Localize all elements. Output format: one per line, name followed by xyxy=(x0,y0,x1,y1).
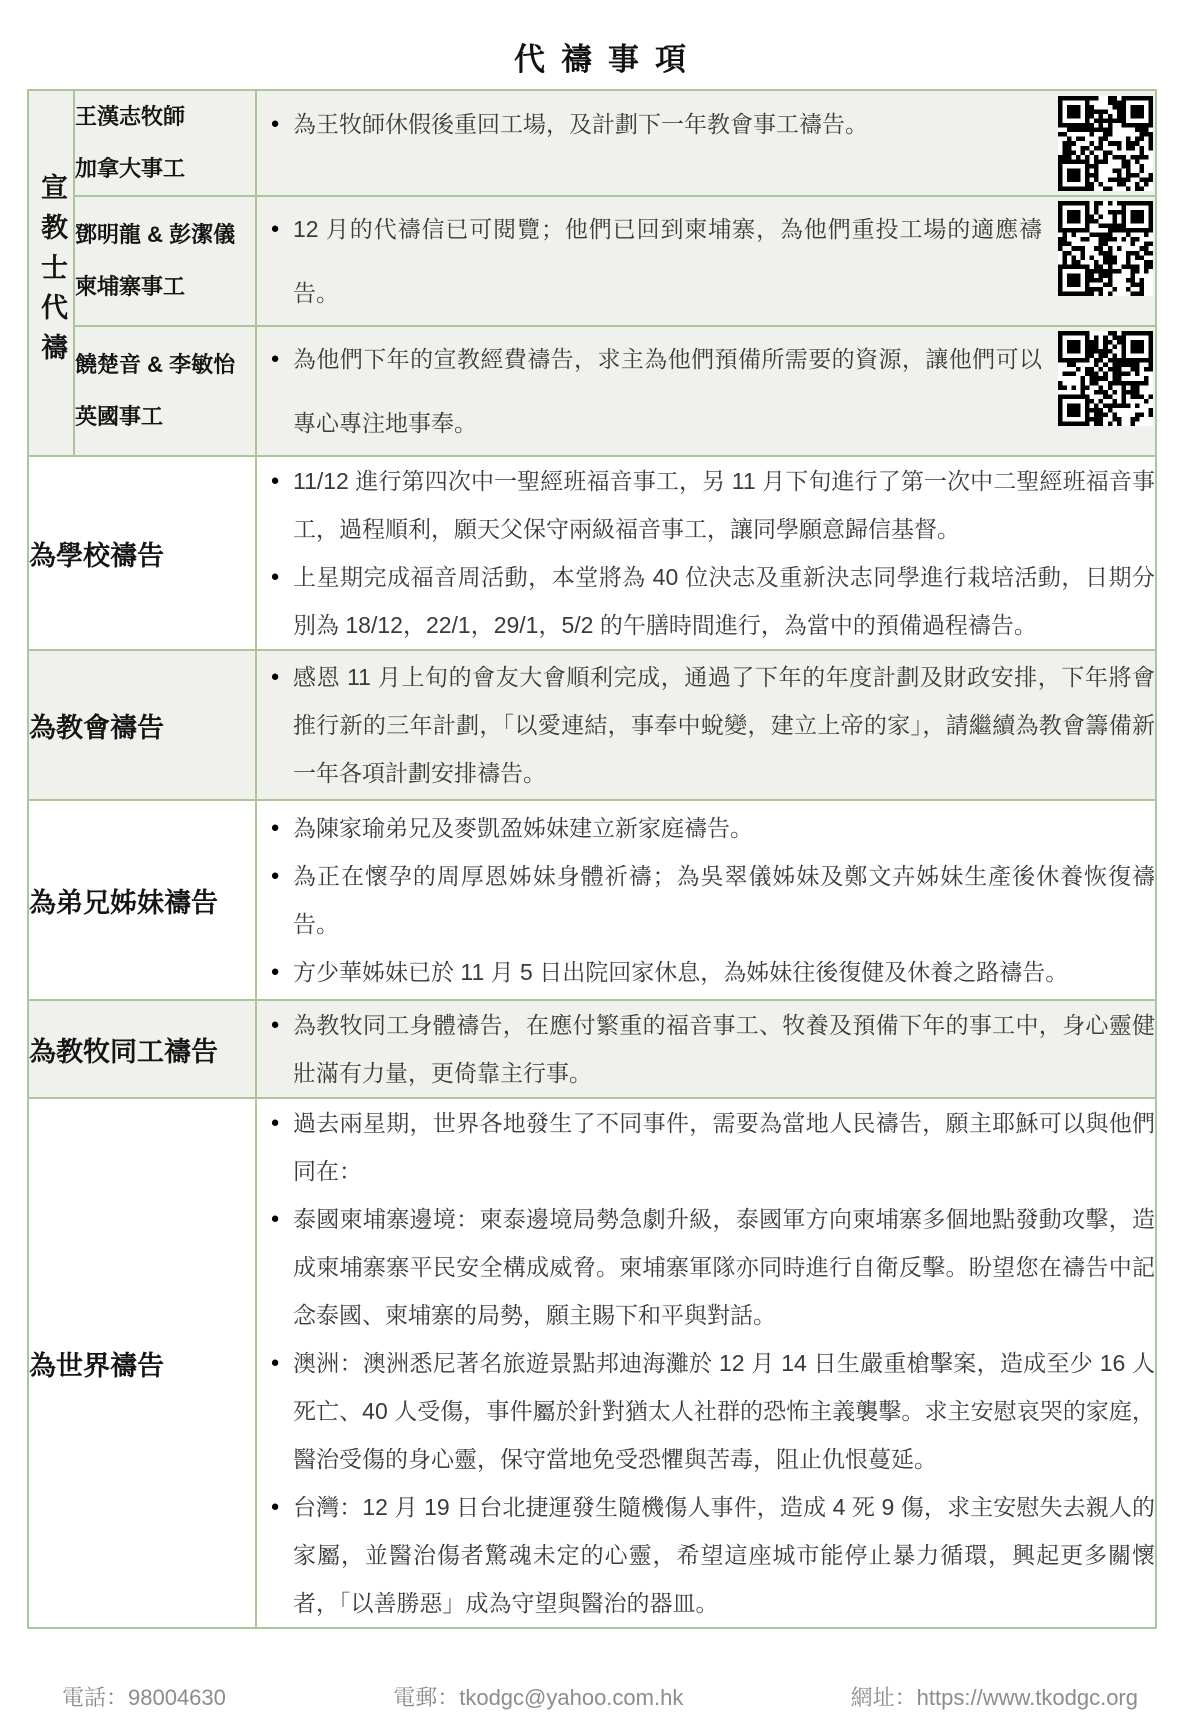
prayer-text: 11/12 進行第四次中一聖經班福音事工，另 11 月下旬進行了第一次中二聖經班… xyxy=(293,457,1155,553)
section-content-cell: ● 感恩 11 月上旬的會友大會順利完成，通過了下年的年度計劃及財政安排，下年將… xyxy=(256,650,1156,800)
prayer-text: 為教牧同工身體禱告，在應付繁重的福音事工、牧養及預備下年的事工中，身心靈健壯滿有… xyxy=(293,1001,1155,1097)
prayer-text: 泰國柬埔寨邊境：柬泰邊境局勢急劇升級，泰國軍方向柬埔寨多個地點發動攻擊，造成柬埔… xyxy=(293,1195,1155,1339)
bullet-icon: ● xyxy=(257,327,293,391)
section-content-cell: ● 過去兩星期，世界各地發生了不同事件，需要為當地人民禱告，願主耶穌可以與他們同… xyxy=(256,1098,1156,1628)
prayer-text: 為王牧師休假後重回工場，及計劃下一年教會事工禱告。 xyxy=(293,92,1042,156)
bullet-icon: ● xyxy=(257,1483,293,1531)
missionary-ministry: 柬埔寨事工 xyxy=(75,261,255,313)
missionary-content-cell: ● 為王牧師休假後重回工場，及計劃下一年教會事工禱告。 xyxy=(256,90,1156,196)
bullet-icon: ● xyxy=(257,852,293,900)
missionary-ministry: 加拿大事工 xyxy=(75,143,255,195)
section-header-world: 為世界禱告 xyxy=(28,1098,256,1628)
list-item: ● 上星期完成福音周活動，本堂將為 40 位決志及重新決志同學進行栽培活動，日期… xyxy=(257,553,1155,649)
list-item: ● 為他們下年的宣教經費禱告，求主為他們預備所需要的資源，讓他們可以專心專注地事… xyxy=(257,327,1042,455)
prayer-text: 為正在懷孕的周厚恩姊妹身體祈禱；為吳翠儀姊妹及鄭文卉姊妹生產後休養恢復禱告。 xyxy=(293,852,1155,948)
prayer-text: 台灣：12 月 19 日台北捷運發生隨機傷人事件，造成 4 死 9 傷，求主安慰… xyxy=(293,1483,1155,1627)
bullet-icon: ● xyxy=(257,553,293,601)
list-item: ● 11/12 進行第四次中一聖經班福音事工，另 11 月下旬進行了第一次中二聖… xyxy=(257,457,1155,553)
bullet-icon: ● xyxy=(257,1001,293,1049)
list-item: ● 為陳家瑜弟兄及麥凱盈姊妹建立新家庭禱告。 xyxy=(257,804,1155,852)
list-item: ● 台灣：12 月 19 日台北捷運發生隨機傷人事件，造成 4 死 9 傷，求主… xyxy=(257,1483,1155,1627)
list-item: ● 為教牧同工身體禱告，在應付繁重的福音事工、牧養及預備下年的事工中，身心靈健壯… xyxy=(257,1001,1155,1097)
section-header-brothers-sisters: 為弟兄姊妹禱告 xyxy=(28,800,256,1000)
prayer-text: 上星期完成福音周活動，本堂將為 40 位決志及重新決志同學進行栽培活動，日期分別… xyxy=(293,553,1155,649)
list-item: ● 泰國柬埔寨邊境：柬泰邊境局勢急劇升級，泰國軍方向柬埔寨多個地點發動攻擊，造成… xyxy=(257,1195,1155,1339)
prayer-text: 方少華姊妹已於 11 月 5 日出院回家休息，為姊妹往後復健及休養之路禱告。 xyxy=(293,948,1155,996)
prayer-text: 12 月的代禱信已可閱覽；他們已回到柬埔寨，為他們重投工場的適應禱告。 xyxy=(293,197,1042,325)
page-title: 代禱事項 xyxy=(0,0,1200,79)
list-item: ● 為正在懷孕的周厚恩姊妹身體祈禱；為吳翠儀姊妹及鄭文卉姊妹生產後休養恢復禱告。 xyxy=(257,852,1155,948)
bullet-icon: ● xyxy=(257,804,293,852)
qr-code xyxy=(1058,331,1153,426)
list-item: ● 感恩 11 月上旬的會友大會順利完成，通過了下年的年度計劃及財政安排，下年將… xyxy=(257,653,1155,797)
missionary-name: 王漢志牧師 xyxy=(75,91,255,143)
prayer-text: 感恩 11 月上旬的會友大會順利完成，通過了下年的年度計劃及財政安排，下年將會推… xyxy=(293,653,1155,797)
missionary-ministry: 英國事工 xyxy=(75,391,255,443)
bullet-icon: ● xyxy=(257,1195,293,1243)
list-item: ● 澳洲：澳洲悉尼著名旅遊景點邦迪海灘於 12 月 14 日生嚴重槍擊案，造成至… xyxy=(257,1339,1155,1483)
missionary-row: 宣教士代禱 王漢志牧師 加拿大事工 ● 為王牧師休假後重回工場，及計劃下一年教會… xyxy=(28,90,1156,196)
missionary-name-cell: 鄧明龍 & 彭潔儀 柬埔寨事工 xyxy=(74,196,256,326)
missionary-content-cell: ● 為他們下年的宣教經費禱告，求主為他們預備所需要的資源，讓他們可以專心專注地事… xyxy=(256,326,1156,456)
section-content-cell: ● 為陳家瑜弟兄及麥凱盈姊妹建立新家庭禱告。 ● 為正在懷孕的周厚恩姊妹身體祈禱… xyxy=(256,800,1156,1000)
prayer-text: 過去兩星期，世界各地發生了不同事件，需要為當地人民禱告，願主耶穌可以與他們同在： xyxy=(293,1099,1155,1195)
section-row-brothers-sisters: 為弟兄姊妹禱告 ● 為陳家瑜弟兄及麥凱盈姊妹建立新家庭禱告。 ● 為正在懷孕的周… xyxy=(28,800,1156,1000)
footer-email: 電郵：tkodgc@yahoo.com.hk xyxy=(393,1681,683,1712)
section-header-pastoral: 為教牧同工禱告 xyxy=(28,1000,256,1098)
bullet-icon: ● xyxy=(257,457,293,505)
list-item: ● 12 月的代禱信已可閱覽；他們已回到柬埔寨，為他們重投工場的適應禱告。 xyxy=(257,197,1042,325)
section-row-pastoral: 為教牧同工禱告 ● 為教牧同工身體禱告，在應付繁重的福音事工、牧養及預備下年的事… xyxy=(28,1000,1156,1098)
prayer-text: 為他們下年的宣教經費禱告，求主為他們預備所需要的資源，讓他們可以專心專注地事奉。 xyxy=(293,327,1042,455)
section-header-church: 為教會禱告 xyxy=(28,650,256,800)
bullet-icon: ● xyxy=(257,197,293,261)
bullet-icon: ● xyxy=(257,948,293,996)
bullet-icon: ● xyxy=(257,92,293,156)
section-header-school: 為學校禱告 xyxy=(28,456,256,650)
bullet-icon: ● xyxy=(257,1339,293,1387)
missionary-name-cell: 王漢志牧師 加拿大事工 xyxy=(74,90,256,196)
list-item: ● 為王牧師休假後重回工場，及計劃下一年教會事工禱告。 xyxy=(257,92,1042,156)
list-item: ● 過去兩星期，世界各地發生了不同事件，需要為當地人民禱告，願主耶穌可以與他們同… xyxy=(257,1099,1155,1195)
qr-code xyxy=(1058,201,1153,296)
prayer-table: 宣教士代禱 王漢志牧師 加拿大事工 ● 為王牧師休假後重回工場，及計劃下一年教會… xyxy=(27,89,1157,1629)
section-row-world: 為世界禱告 ● 過去兩星期，世界各地發生了不同事件，需要為當地人民禱告，願主耶穌… xyxy=(28,1098,1156,1628)
missionary-name: 饒楚音 & 李敏怡 xyxy=(75,339,255,391)
section-row-school: 為學校禱告 ● 11/12 進行第四次中一聖經班福音事工，另 11 月下旬進行了… xyxy=(28,456,1156,650)
missionary-content-cell: ● 12 月的代禱信已可閱覽；他們已回到柬埔寨，為他們重投工場的適應禱告。 xyxy=(256,196,1156,326)
prayer-text: 澳洲：澳洲悉尼著名旅遊景點邦迪海灘於 12 月 14 日生嚴重槍擊案，造成至少 … xyxy=(293,1339,1155,1483)
missionary-name: 鄧明龍 & 彭潔儀 xyxy=(75,209,255,261)
section-row-church: 為教會禱告 ● 感恩 11 月上旬的會友大會順利完成，通過了下年的年度計劃及財政… xyxy=(28,650,1156,800)
section-label-missionary: 宣教士代禱 xyxy=(29,173,75,373)
list-item: ● 方少華姊妹已於 11 月 5 日出院回家休息，為姊妹往後復健及休養之路禱告。 xyxy=(257,948,1155,996)
missionary-name-cell: 饒楚音 & 李敏怡 英國事工 xyxy=(74,326,256,456)
prayer-text: 為陳家瑜弟兄及麥凱盈姊妹建立新家庭禱告。 xyxy=(293,804,1155,852)
qr-code xyxy=(1058,96,1153,191)
section-content-cell: ● 11/12 進行第四次中一聖經班福音事工，另 11 月下旬進行了第一次中二聖… xyxy=(256,456,1156,650)
footer-website: 網址：https://www.tkodgc.org xyxy=(851,1681,1138,1712)
footer-phone: 電話：98004630 xyxy=(62,1681,226,1712)
section-content-cell: ● 為教牧同工身體禱告，在應付繁重的福音事工、牧養及預備下年的事工中，身心靈健壯… xyxy=(256,1000,1156,1098)
missionary-row: 鄧明龍 & 彭潔儀 柬埔寨事工 ● 12 月的代禱信已可閱覽；他們已回到柬埔寨，… xyxy=(28,196,1156,326)
bullet-icon: ● xyxy=(257,653,293,701)
bullet-icon: ● xyxy=(257,1099,293,1147)
missionary-row: 饒楚音 & 李敏怡 英國事工 ● 為他們下年的宣教經費禱告，求主為他們預備所需要… xyxy=(28,326,1156,456)
